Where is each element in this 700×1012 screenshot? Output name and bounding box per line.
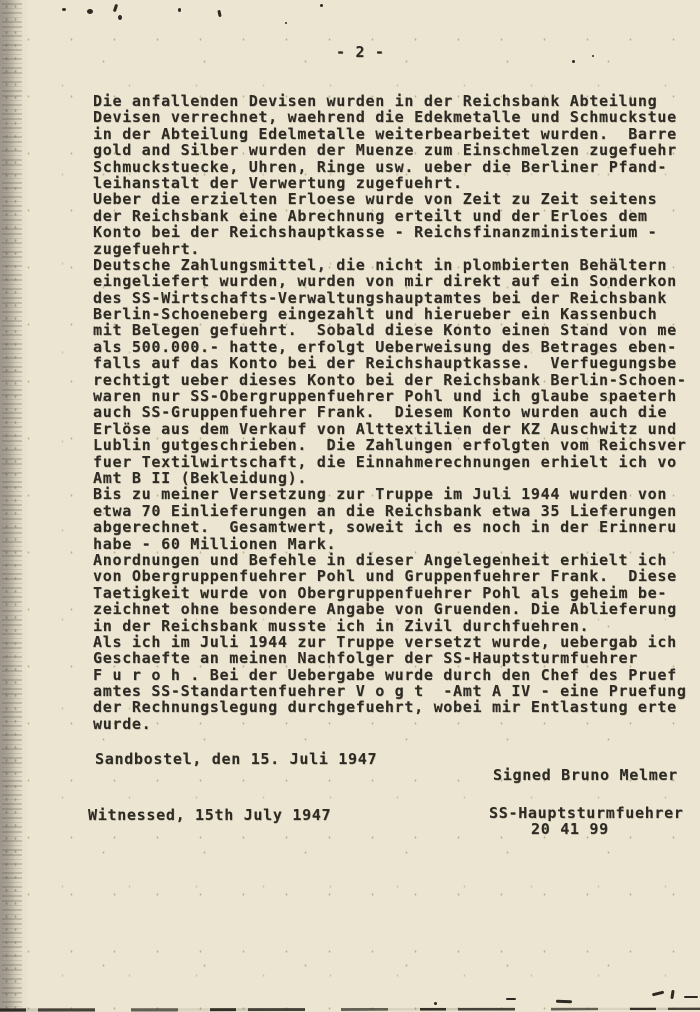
ink-speck — [217, 10, 221, 17]
ink-speck — [684, 996, 698, 998]
ink-speck — [572, 60, 575, 63]
place-date-line: Sandbostel, den 15. Juli 1947 — [95, 750, 377, 768]
text-line: Geschaefte an meinen Nachfolger der SS-H… — [93, 650, 687, 666]
text-line: falls auf das Konto bei der Reichshauptk… — [93, 355, 687, 371]
ink-speck — [118, 15, 122, 20]
text-line: amtes SS-Standartenfuehrer V o g t -Amt … — [93, 683, 687, 699]
ink-speck — [506, 998, 516, 1000]
ink-speck — [592, 55, 594, 57]
text-line: Schmuckstuecke, Uhren, Ringe usw. ueber … — [93, 159, 687, 175]
document-body: Die anfallenden Devisen wurden in der Re… — [93, 93, 687, 732]
text-line: F u r o h . Bei der Uebergabe wurde durc… — [93, 667, 687, 683]
text-line: Taetigkeit wurde von Obergruppenfuehrer … — [93, 585, 687, 601]
ink-speck — [320, 4, 323, 7]
text-line: zugefuehrt. — [93, 241, 687, 257]
text-line: mit Belegen gefuehrt. Sobald diese Konto… — [93, 322, 687, 338]
ink-speck — [178, 8, 181, 12]
text-line: zeichnet ohne besondere Angabe von Gruen… — [93, 601, 687, 617]
text-line: Anordnungen und Befehle in dieser Angele… — [93, 552, 687, 568]
text-line: Ueber die erzielten Erloese wurde von Ze… — [93, 191, 687, 207]
signature-line: Signed Bruno Melmer — [493, 766, 678, 784]
text-line: wurde. — [93, 716, 687, 732]
text-line: Berlin-Schoeneberg eingezahlt und hierue… — [93, 306, 687, 322]
text-line: leihanstalt der Verwertung zugefuehrt. — [93, 175, 687, 191]
text-line: etwa 70 Einlieferungen an die Reichsbank… — [93, 503, 687, 519]
witnessed-line: Witnessed, 15th July 1947 — [88, 806, 331, 824]
text-line: Bis zu meiner Versetzung zur Truppe im J… — [93, 486, 687, 502]
ink-speck — [434, 1002, 437, 1005]
ink-speck — [652, 991, 664, 996]
document-page: - 2 - Die anfallenden Devisen wurden in … — [0, 0, 700, 1011]
text-line: habe - 60 Millionen Mark. — [93, 536, 687, 552]
scan-edge-bottom — [0, 1002, 700, 1011]
text-line: des SS-Wirtschafts-Verwaltungshauptamtes… — [93, 290, 687, 306]
text-line: rechtigt ueber dieses Konto bei der Reic… — [93, 372, 687, 388]
ink-speck — [62, 8, 66, 11]
text-line: eingeliefert wurden, wurden von mir dire… — [93, 273, 687, 289]
text-line: in der Reichsbank musste ich in Zivil du… — [93, 618, 687, 634]
text-line: Amt B II (Bekleidung). — [93, 470, 687, 486]
ink-speck — [556, 1000, 572, 1004]
text-line: Konto bei der Reichshauptkasse - Reichsf… — [93, 224, 687, 240]
ink-speck — [87, 9, 93, 14]
ink-speck — [670, 990, 674, 999]
ink-speck — [113, 4, 118, 13]
text-line: der Rechnungslegung durchgefuehrt, wobei… — [93, 699, 687, 715]
page-number: - 2 - — [336, 43, 385, 61]
text-line: Devisen verrechnet, waehrend die Edekmet… — [93, 109, 687, 125]
text-line: waren nur SS-Obergruppenfuehrer Pohl und… — [93, 388, 687, 404]
scan-edge-left-noise — [2, 0, 22, 1011]
text-line: in der Abteilung Edelmetalle weiterbearb… — [93, 126, 687, 142]
text-line: abgerechnet. Gesamtwert, soweit ich es n… — [93, 519, 687, 535]
text-line: auch SS-Gruppenfuehrer Frank. Diesem Kon… — [93, 404, 687, 420]
text-line: Die anfallenden Devisen wurden in der Re… — [93, 93, 687, 109]
text-line: als 500.000.- hatte, erfolgt Ueberweisun… — [93, 339, 687, 355]
text-line: von Obergruppenfuehrer Pohl und Gruppenf… — [93, 568, 687, 584]
ink-speck — [285, 22, 287, 24]
signer-number: 20 41 99 — [531, 820, 609, 838]
text-line: der Reichsbank eine Abrechnung erteilt u… — [93, 208, 687, 224]
text-line: Erlöse aus dem Verkauf von Alttextilien … — [93, 421, 687, 437]
text-line: Deutsche Zahlungsmittel, die nicht in pl… — [93, 257, 687, 273]
text-line: Als ich im Juli 1944 zur Truppe versetzt… — [93, 634, 687, 650]
text-line: fuer Textilwirtschaft, die Einnahmerechn… — [93, 454, 687, 470]
text-line: gold and Silber wurden der Muenze zum Ei… — [93, 142, 687, 158]
text-line: Lublin gutgeschrieben. Die Zahlungen erf… — [93, 437, 687, 453]
